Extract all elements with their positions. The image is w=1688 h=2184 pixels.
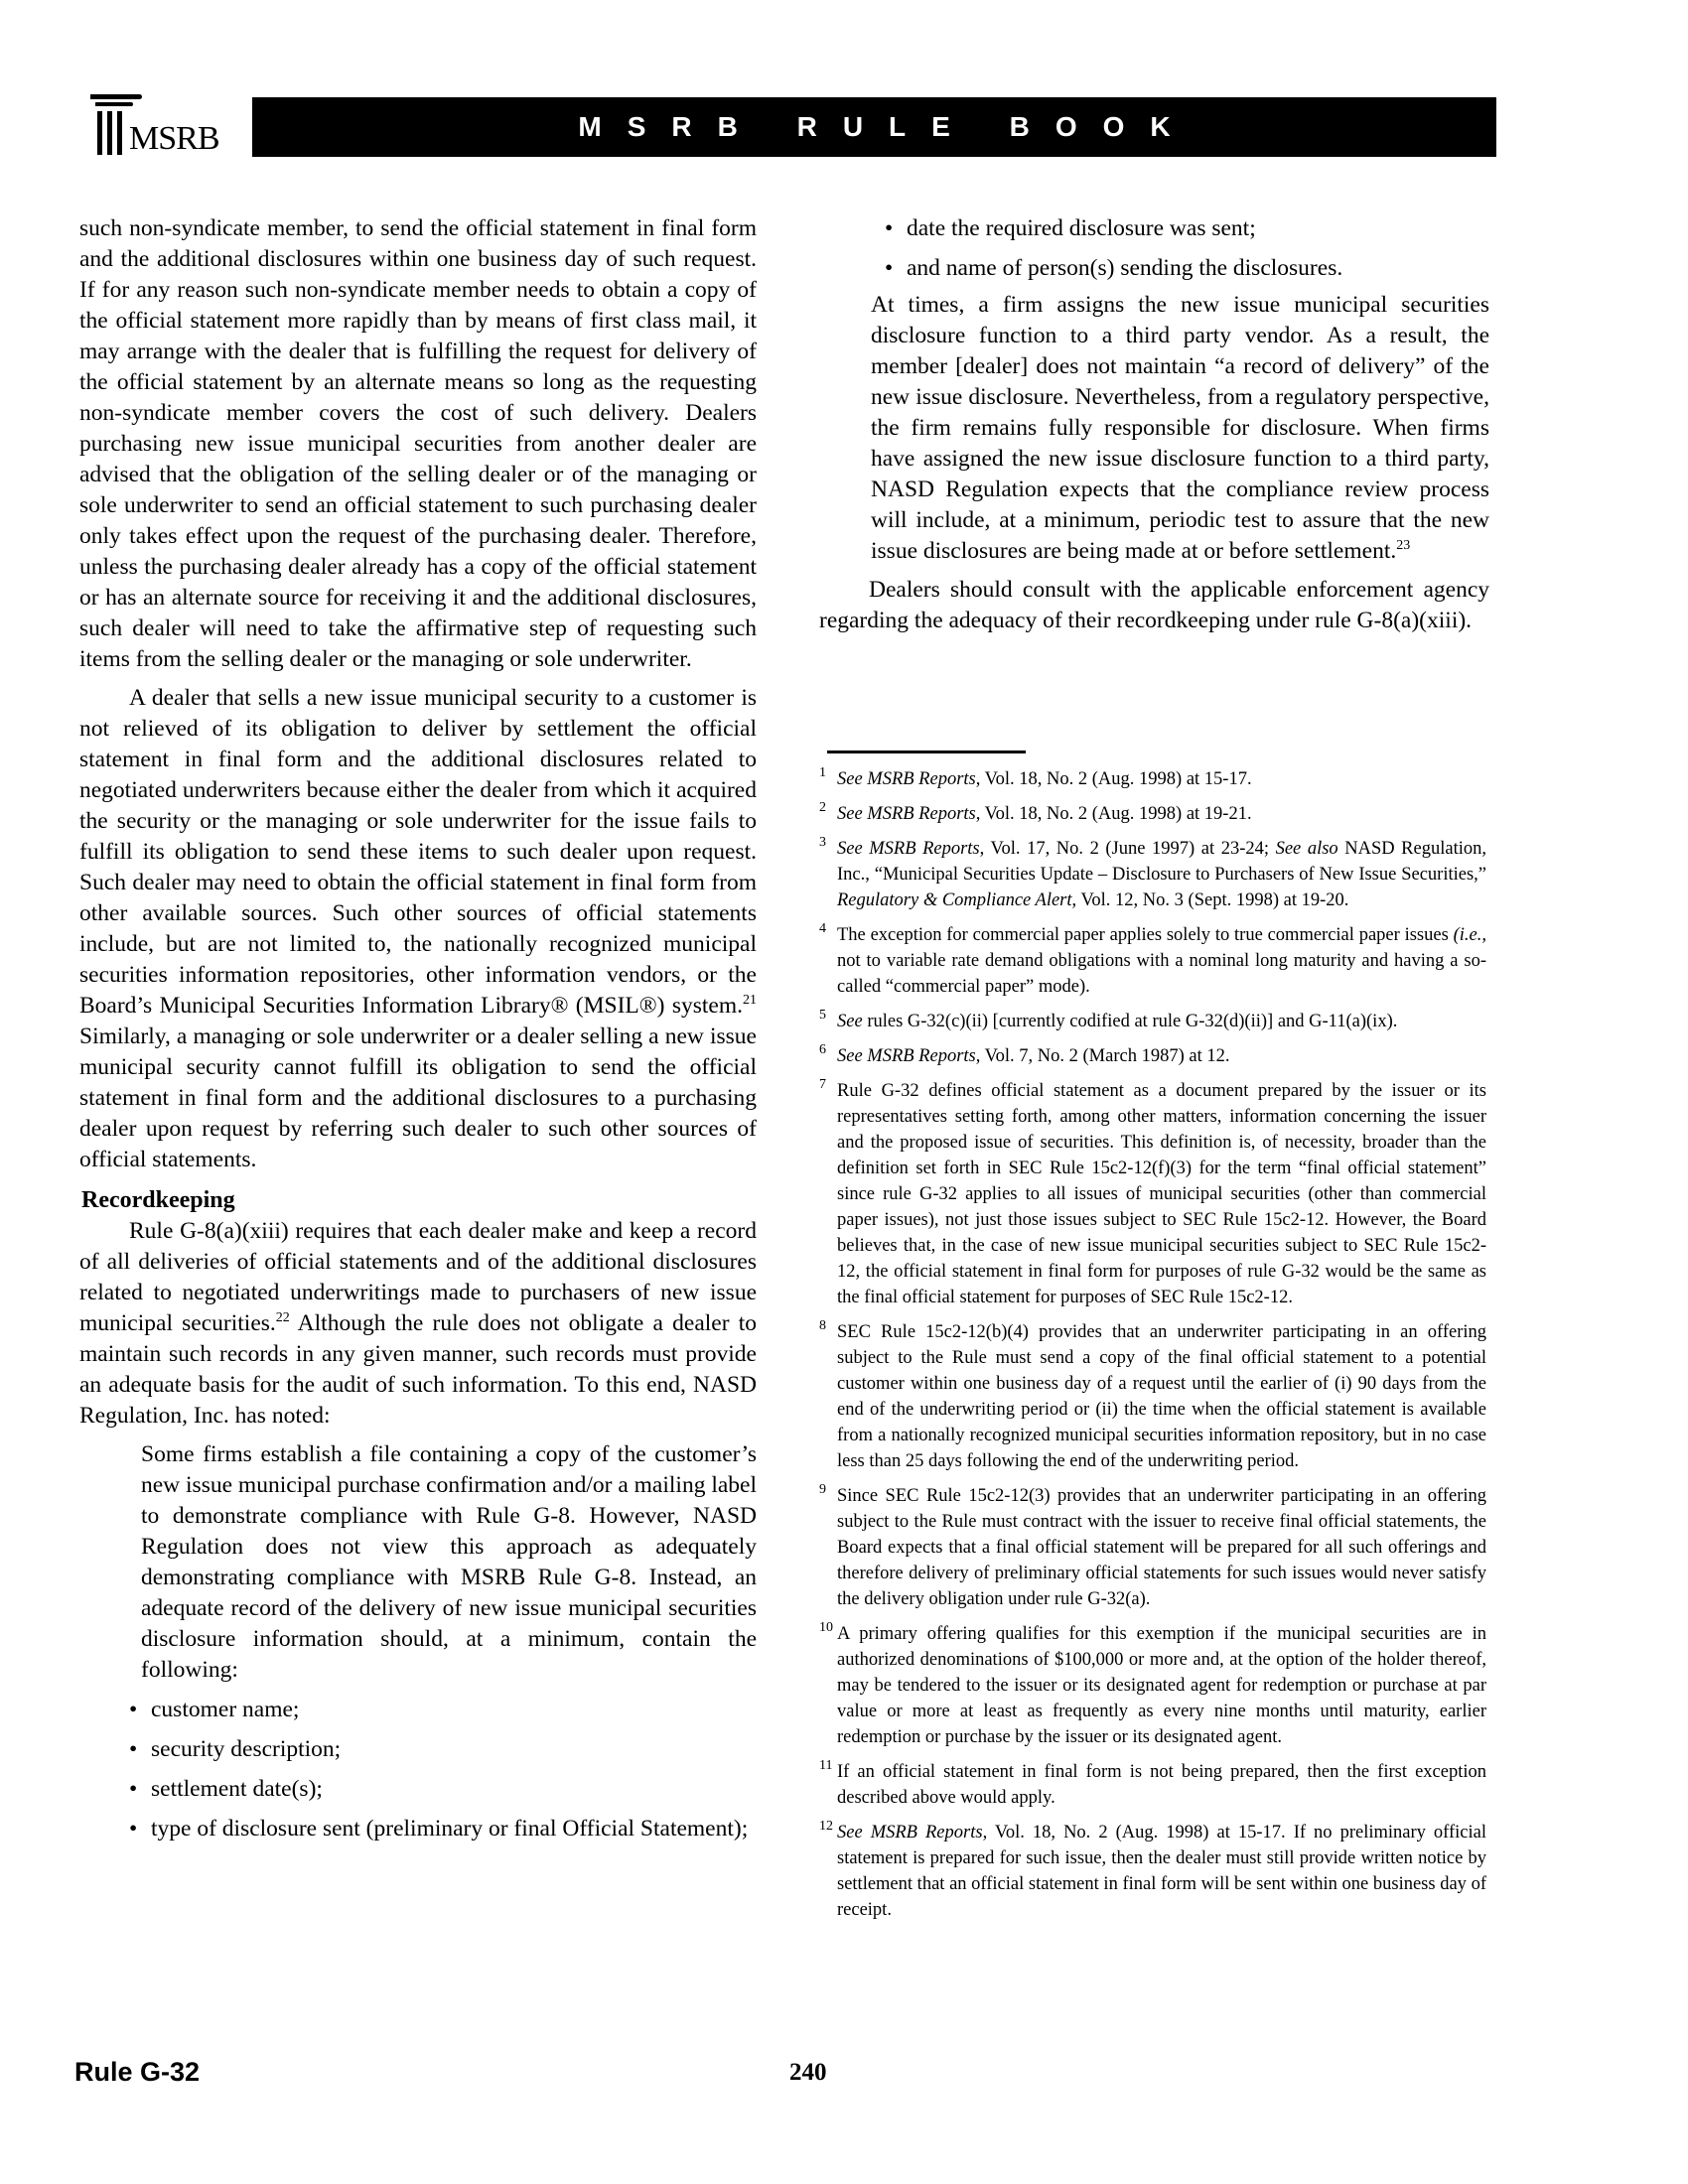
footnote-5: 5See rules G-32(c)(ii) [currently codifi… bbox=[819, 1009, 1486, 1034]
page-header-title: MSRB RULE BOOK bbox=[552, 111, 1196, 143]
footnote-number: 3 bbox=[819, 830, 826, 856]
bullet-list: •date the required disclosure was sent; … bbox=[883, 213, 1489, 284]
footnote-8: 8SEC Rule 15c2-12(b)(4) provides that an… bbox=[819, 1319, 1486, 1474]
paragraph-text: A dealer that sells a new issue municipa… bbox=[79, 685, 757, 1019]
footnote-number: 1 bbox=[819, 760, 826, 786]
footnote-number: 2 bbox=[819, 795, 826, 821]
section-heading: Recordkeeping bbox=[81, 1185, 757, 1216]
footnotes: 1See MSRB Reports, Vol. 18, No. 2 (Aug. … bbox=[819, 766, 1486, 1932]
footnote-ref[interactable]: 23 bbox=[1396, 538, 1410, 553]
left-column: such non-syndicate member, to send the o… bbox=[79, 213, 757, 1844]
list-item-text: settlement date(s); bbox=[151, 1776, 323, 1802]
footnote-number: 12 bbox=[819, 1814, 833, 1840]
paragraph-text: At times, a firm assigns the new issue m… bbox=[871, 292, 1489, 564]
footnote-7: 7Rule G-32 defines official statement as… bbox=[819, 1078, 1486, 1310]
footer-rule-label: Rule G-32 bbox=[74, 2057, 200, 2088]
footnote-ref[interactable]: 21 bbox=[743, 993, 757, 1008]
page-number: 240 bbox=[789, 2059, 827, 2087]
footnote-number: 8 bbox=[819, 1313, 826, 1339]
footnote-10: 10A primary offering qualifies for this … bbox=[819, 1621, 1486, 1750]
footnote-text: , Vol. 18, No. 2 (Aug. 1998) at 15-17. bbox=[976, 769, 1252, 789]
footnote-number: 4 bbox=[819, 916, 826, 942]
footnote-text: , Vol. 7, No. 2 (March 1987) at 12. bbox=[976, 1046, 1230, 1066]
footnote-12: 12See MSRB Reports, Vol. 18, No. 2 (Aug.… bbox=[819, 1820, 1486, 1923]
footnote-9: 9Since SEC Rule 15c2-12(3) provides that… bbox=[819, 1483, 1486, 1612]
bullet-icon: • bbox=[129, 1774, 137, 1805]
footnote-text: Since SEC Rule 15c2-12(3) provides that … bbox=[837, 1486, 1486, 1609]
header-bar: MSRB RULE BOOK bbox=[252, 97, 1496, 157]
bullet-icon: • bbox=[885, 253, 893, 284]
column-shaft-icon bbox=[97, 111, 102, 155]
footnote-number: 11 bbox=[819, 1753, 832, 1779]
citation-italic: (i.e., bbox=[1454, 925, 1486, 945]
list-item-text: date the required disclosure was sent; bbox=[907, 215, 1256, 241]
msrb-logo: MSRB bbox=[87, 92, 246, 158]
citation-italic: See MSRB Reports bbox=[837, 1046, 976, 1066]
bullet-icon: • bbox=[129, 1734, 137, 1765]
paragraph: such non-syndicate member, to send the o… bbox=[79, 213, 757, 675]
block-quote: At times, a firm assigns the new issue m… bbox=[871, 290, 1489, 567]
footnote-2: 2See MSRB Reports, Vol. 18, No. 2 (Aug. … bbox=[819, 801, 1486, 827]
footnote-text: The exception for commercial paper appli… bbox=[837, 925, 1454, 945]
footnote-number: 9 bbox=[819, 1477, 826, 1503]
column-shaft-icon bbox=[107, 111, 112, 155]
footnote-4: 4The exception for commercial paper appl… bbox=[819, 922, 1486, 1000]
right-column: •date the required disclosure was sent; … bbox=[819, 213, 1489, 636]
footnote-text: If an official statement in final form i… bbox=[837, 1762, 1486, 1808]
column-shaft-icon bbox=[117, 111, 122, 155]
column-capital-icon bbox=[95, 102, 133, 106]
citation-italic: See MSRB Reports bbox=[837, 769, 976, 789]
footnote-1: 1See MSRB Reports, Vol. 18, No. 2 (Aug. … bbox=[819, 766, 1486, 792]
footnote-text: not to variable rate demand obligations … bbox=[837, 951, 1486, 997]
footnote-3: 3See MSRB Reports, Vol. 17, No. 2 (June … bbox=[819, 836, 1486, 913]
list-item-text: and name of person(s) sending the disclo… bbox=[907, 255, 1342, 281]
footnote-text: A primary offering qualifies for this ex… bbox=[837, 1624, 1486, 1747]
list-item: •security description; bbox=[127, 1734, 757, 1765]
footnote-divider bbox=[827, 751, 1026, 753]
bullet-list: •customer name; •security description; •… bbox=[127, 1695, 757, 1844]
list-item-text: type of disclosure sent (preliminary or … bbox=[151, 1816, 748, 1842]
citation-italic: Regulatory & Compliance Alert bbox=[837, 890, 1072, 910]
list-item: •customer name; bbox=[127, 1695, 757, 1725]
bullet-icon: • bbox=[129, 1695, 137, 1725]
paragraph: Dealers should consult with the applicab… bbox=[819, 575, 1489, 636]
citation-italic: See bbox=[837, 1012, 863, 1031]
list-item: •settlement date(s); bbox=[127, 1774, 757, 1805]
list-item: •type of disclosure sent (preliminary or… bbox=[127, 1814, 757, 1844]
paragraph: Rule G-8(a)(xiii) requires that each dea… bbox=[79, 1216, 757, 1432]
bullet-icon: • bbox=[129, 1814, 137, 1844]
footnote-6: 6See MSRB Reports, Vol. 7, No. 2 (March … bbox=[819, 1043, 1486, 1069]
paragraph-text: Similarly, a managing or sole underwrite… bbox=[79, 1024, 757, 1172]
footnote-text: , Vol. 12, No. 3 (Sept. 1998) at 19-20. bbox=[1072, 890, 1349, 910]
footnote-text: , Vol. 17, No. 2 (June 1997) at 23-24; bbox=[980, 839, 1276, 859]
footnote-text: Rule G-32 defines official statement as … bbox=[837, 1081, 1486, 1307]
footnote-text: rules G-32(c)(ii) [currently codified at… bbox=[863, 1012, 1398, 1031]
list-item: •date the required disclosure was sent; bbox=[883, 213, 1489, 244]
block-quote: Some firms establish a file containing a… bbox=[141, 1439, 757, 1686]
list-item-text: security description; bbox=[151, 1736, 341, 1762]
citation-italic: See MSRB Reports bbox=[837, 839, 980, 859]
citation-italic: See MSRB Reports bbox=[837, 804, 976, 824]
list-item: •and name of person(s) sending the discl… bbox=[883, 253, 1489, 284]
list-item-text: customer name; bbox=[151, 1697, 299, 1722]
footnote-ref[interactable]: 22 bbox=[276, 1310, 290, 1325]
paragraph: A dealer that sells a new issue municipa… bbox=[79, 683, 757, 1175]
logo-text: MSRB bbox=[129, 122, 219, 156]
citation-italic: See also bbox=[1276, 839, 1338, 859]
footnote-number: 5 bbox=[819, 1003, 826, 1028]
footnote-number: 7 bbox=[819, 1072, 826, 1098]
bullet-icon: • bbox=[885, 213, 893, 244]
footnote-number: 10 bbox=[819, 1615, 833, 1641]
footnote-text: , Vol. 18, No. 2 (Aug. 1998) at 19-21. bbox=[976, 804, 1252, 824]
footnote-text: SEC Rule 15c2-12(b)(4) provides that an … bbox=[837, 1322, 1486, 1471]
footnote-11: 11If an official statement in final form… bbox=[819, 1759, 1486, 1811]
citation-italic: See MSRB Reports bbox=[837, 1823, 983, 1843]
column-capital-icon bbox=[90, 94, 142, 99]
footnote-number: 6 bbox=[819, 1037, 826, 1063]
